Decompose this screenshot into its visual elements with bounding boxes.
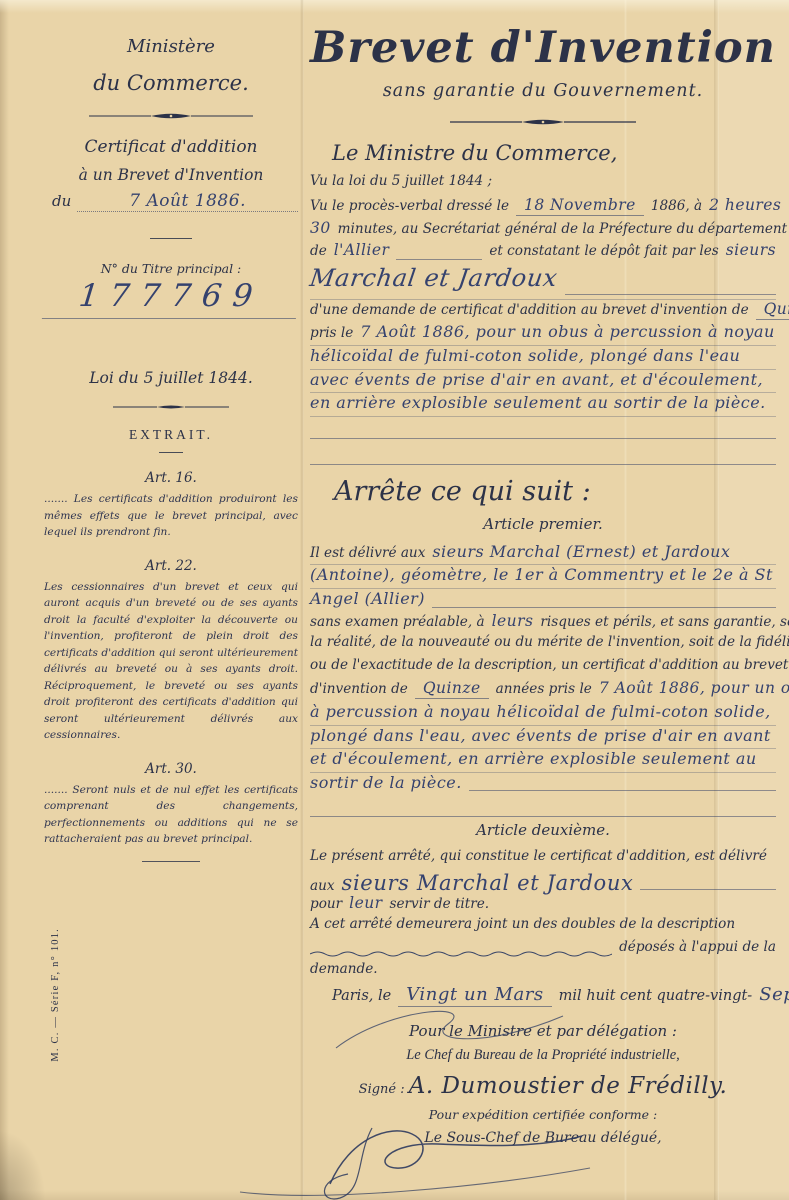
handwritten-date: 7 Août 1886.	[77, 191, 298, 212]
body-line: à percussion à noyau hélicoïdal de fulmi…	[310, 702, 776, 726]
handwritten-text: 7 Août 1886, pour un obus à percussion à…	[360, 322, 775, 341]
title-number-label: N° du Titre principal :	[44, 261, 298, 276]
body-line: d'une demande de certificat d'addition a…	[310, 300, 776, 323]
printed-text: de	[310, 243, 327, 259]
handwritten-text: plongé dans l'eau, avec évents de prise …	[310, 726, 771, 745]
printed-text: pris le	[310, 325, 353, 341]
blank-rule	[396, 259, 482, 260]
body-line: aux sieurs Marchal et Jardoux	[310, 871, 776, 894]
printed-text: Vu le procès-verbal dressé le	[310, 198, 509, 214]
scan-smudge	[0, 1130, 46, 1200]
handwritten-text: 2 heures	[709, 196, 781, 214]
signed-line: Signé : A. Dumoustier de Frédilly.	[310, 1073, 776, 1107]
body-line: Il est délivré aux sieurs Marchal (Ernes…	[310, 542, 776, 566]
body-line: sans examen préalable, à leurs risques e…	[310, 612, 776, 635]
body-line: sortir de la pièce.	[310, 773, 776, 796]
handwritten-names: Marchal et Jardoux	[308, 264, 559, 292]
body-line: plongé dans l'eau, avec évents de prise …	[310, 726, 776, 750]
printed-text: Article premier.	[483, 515, 603, 533]
article-2-heading: Article deuxième.	[310, 821, 776, 848]
handwritten-text: Quinze	[415, 679, 489, 699]
signatory-name: A. Dumoustier de Frédilly.	[409, 1073, 728, 1099]
patent-document-page: Ministère du Commerce. Certificat d'addi…	[0, 0, 789, 1200]
handwritten-text: à percussion à noyau hélicoïdal de fulmi…	[310, 702, 771, 721]
ornament-rule	[111, 403, 231, 411]
signature-flourish	[120, 1118, 600, 1200]
handwritten-text: l'Allier	[334, 241, 390, 259]
patent-number: 177769	[42, 278, 300, 319]
printed-text: mil huit cent quatre-vingt-	[559, 988, 753, 1004]
document-subtitle: sans garantie du Gouvernement.	[310, 81, 776, 101]
body-line: Le présent arrêté, qui constitue le cert…	[310, 848, 776, 871]
body-line: avec évents de prise d'air en avant, et …	[310, 370, 776, 394]
handwritten-text: en arrière explosible seulement au sorti…	[310, 393, 766, 412]
body-line: Angel (Allier)	[310, 589, 776, 612]
ministry-name: Ministère	[44, 36, 298, 57]
article-30-heading: Art. 30.	[44, 761, 298, 777]
divider-rule	[159, 452, 183, 453]
body-line: ou de l'exactitude de la description, un…	[310, 657, 776, 680]
handwritten-date: Vingt un Mars	[398, 984, 551, 1007]
body-line: (Antoine), géomètre, le 1er à Commentry …	[310, 565, 776, 589]
article-1-heading: Article premier.	[310, 515, 776, 542]
handwritten-text: Angel (Allier)	[310, 589, 425, 608]
law-reference: Loi du 5 juillet 1844.	[44, 369, 298, 387]
ornament-rule	[448, 117, 638, 127]
ministry-name: du Commerce.	[44, 71, 298, 95]
decree-body: Le Ministre du Commerce, Vu la loi du 5 …	[310, 141, 776, 1153]
bureau-chief-line: Le Chef du Bureau de la Propriété indust…	[310, 1047, 776, 1073]
body-line: 30 minutes, au Secrétariat général de la…	[310, 219, 776, 242]
date-line: Paris, le Vingt un Mars mil huit cent qu…	[310, 984, 776, 1018]
printed-text: d'une demande de certificat d'addition a…	[310, 302, 749, 318]
wavy-strike-rule	[310, 949, 612, 959]
article-16-body: ....... Les certificats d'addition produ…	[44, 491, 298, 541]
printed-text: sans examen préalable, à	[310, 614, 485, 630]
printed-text: A cet arrêté demeurera joint un des doub…	[310, 916, 735, 932]
printed-text: risques et périls, et sans garantie, soi…	[540, 614, 789, 630]
body-line: pris le 7 Août 1886, pour un obus à perc…	[310, 322, 776, 346]
printed-text: et constatant le dépôt fait par les	[489, 243, 718, 259]
printed-text: d'invention de	[310, 681, 408, 697]
printed-text: Paris, le	[310, 988, 391, 1004]
handwritten-text: sortir de la pièce.	[310, 773, 462, 792]
printed-text: aux	[310, 878, 335, 894]
handwritten-text: sieurs Marchal (Ernest) et Jardoux	[432, 542, 730, 561]
body-line: Vu la loi du 5 juillet 1844 ;	[310, 173, 776, 196]
printed-text: Vu la loi du 5 juillet 1844 ;	[310, 173, 492, 189]
blank-rule	[640, 889, 776, 890]
blank-rule	[565, 294, 776, 295]
article-22-body: Les cessionnaires d'un brevet et ceux qu…	[44, 579, 298, 744]
left-margin-column: Ministère du Commerce. Certificat d'addi…	[44, 36, 298, 862]
article-16-heading: Art. 16.	[44, 470, 298, 486]
printed-text: du	[52, 192, 71, 210]
blank-rule	[469, 790, 776, 791]
printed-text: déposés à l'appui de la	[619, 939, 776, 955]
body-line: A cet arrêté demeurera joint un des doub…	[310, 916, 776, 939]
applicant-names-line: Marchal et Jardoux	[310, 264, 776, 300]
extract-heading: EXTRAIT.	[44, 427, 298, 443]
blank-rule	[310, 438, 776, 439]
certificate-heading: Certificat d'addition	[44, 137, 298, 157]
printed-text: Le Ministre du Commerce,	[332, 141, 617, 165]
printed-text: minutes, au Secrétariat général de la Pr…	[338, 221, 787, 237]
body-line: Vu le procès-verbal dressé le 18 Novembr…	[310, 196, 776, 219]
divider-rule	[142, 861, 200, 862]
printed-text: Il est délivré aux	[310, 545, 425, 561]
handwritten-text: avec évents de prise d'air en avant, et …	[310, 370, 763, 389]
handwritten-text: et d'écoulement, en arrière explosible s…	[310, 749, 757, 768]
blank-rule	[310, 464, 776, 465]
printed-text: 1886, à	[651, 198, 702, 214]
body-line: demande.	[310, 961, 776, 984]
printer-series-imprint: M. C. — Série F, n° 101.	[50, 928, 61, 1062]
printed-text: années pris le	[496, 681, 592, 697]
printed-text: Le présent arrêté, qui constitue le cert…	[310, 848, 767, 864]
printed-text: demande.	[310, 961, 378, 977]
printed-text: Arrête ce qui suit :	[334, 476, 591, 507]
handwritten-text: leurs	[492, 612, 534, 630]
handwritten-text: 30	[310, 219, 331, 237]
ornament-rule	[87, 111, 255, 121]
blank-line	[310, 417, 776, 443]
divider-rule	[150, 238, 192, 239]
body-line: d'invention de Quinze années pris le 7 A…	[310, 679, 776, 702]
body-line: déposés à l'appui de la	[310, 939, 776, 962]
handwritten-text: Quinze	[756, 300, 789, 320]
document-title: Brevet d'Invention	[310, 24, 776, 73]
blank-rule	[432, 607, 776, 608]
handwritten-text: 7 Août 1886, pour un obus	[599, 679, 789, 697]
blank-line	[310, 443, 776, 469]
handwritten-text: hélicoïdal de fulmi-coton solide, plongé…	[310, 346, 740, 365]
certificate-heading: à un Brevet d'Invention	[44, 166, 298, 184]
handwritten-text: (Antoine), géomètre, le 1er à Commentry …	[310, 565, 773, 584]
blank-line	[310, 795, 776, 821]
signed-label: Signé :	[359, 1082, 405, 1097]
paper-fold-crease	[300, 0, 304, 1200]
article-22-heading: Art. 22.	[44, 558, 298, 574]
delegation-line: Pour le Ministre et par délégation :	[310, 1022, 776, 1047]
body-line: hélicoïdal de fulmi-coton solide, plongé…	[310, 346, 776, 370]
opening-line: Le Ministre du Commerce,	[310, 141, 776, 173]
printed-text: ou de l'exactitude de la description, un…	[310, 657, 788, 673]
body-line: pour leur servir de titre.	[310, 894, 776, 917]
printed-text: servir de titre.	[390, 896, 490, 912]
handwritten-date: Sept	[759, 984, 789, 1005]
handwritten-text: 18 Novembre	[516, 196, 644, 216]
body-line: et d'écoulement, en arrière explosible s…	[310, 749, 776, 773]
main-column: Brevet d'Invention sans garantie du Gouv…	[310, 24, 776, 1154]
handwritten-text: sieurs	[726, 241, 776, 259]
certificate-date-line: du 7 Août 1886.	[44, 191, 298, 212]
body-line: en arrière explosible seulement au sorti…	[310, 393, 776, 417]
body-line: de l'Allier et constatant le dépôt fait …	[310, 241, 776, 264]
printed-text: pour	[310, 896, 342, 912]
handwritten-names: sieurs Marchal et Jardoux	[342, 871, 634, 895]
printed-text: la réalité, de la nouveauté ou du mérite…	[310, 634, 789, 650]
body-line: la réalité, de la nouveauté ou du mérite…	[310, 634, 776, 657]
decree-heading: Arrête ce qui suit :	[310, 469, 776, 515]
printed-text: Article deuxième.	[476, 821, 610, 839]
handwritten-text: leur	[349, 894, 382, 912]
article-30-body: ....... Seront nuls et de nul effet les …	[44, 782, 298, 848]
blank-rule	[310, 816, 776, 817]
